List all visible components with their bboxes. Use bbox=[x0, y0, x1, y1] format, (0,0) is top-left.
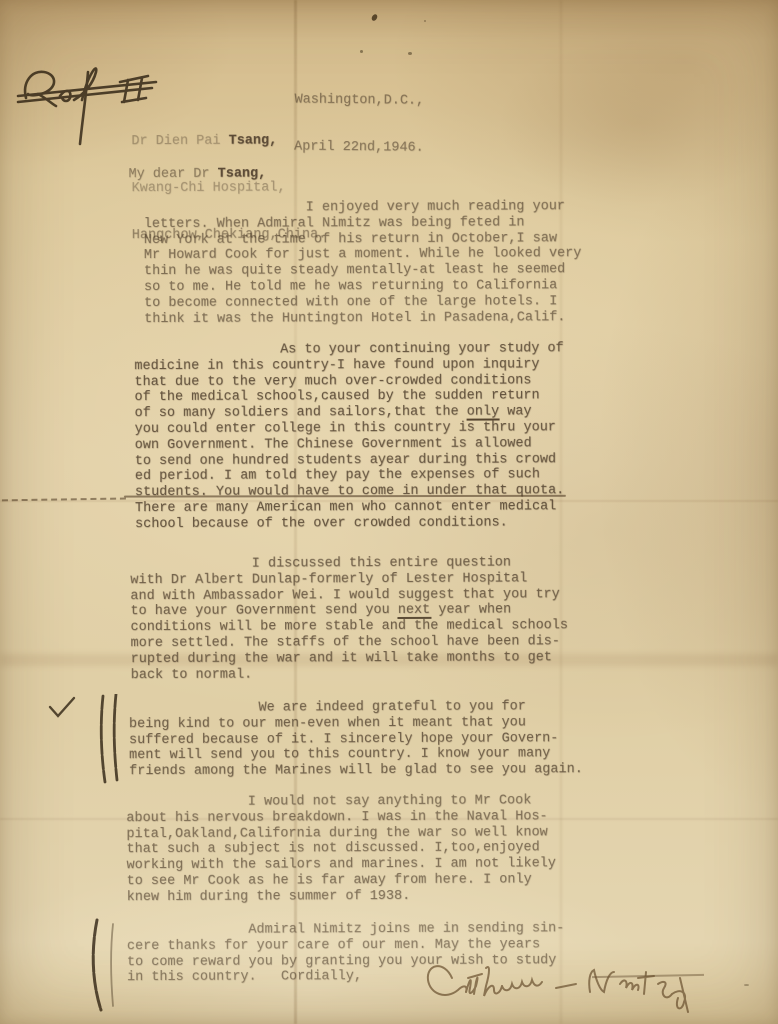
paragraph-4: We are indeed grateful to you for being … bbox=[129, 699, 583, 780]
paragraph-2: As to your continuing your study of medi… bbox=[134, 341, 564, 532]
recipient-name-line: Dr Dien Pai Tsang, bbox=[131, 133, 326, 150]
recipient-name-prefix: Dr Dien Pai bbox=[131, 133, 228, 148]
salutation-prefix: My dear Dr bbox=[128, 167, 217, 182]
paragraph-1: I enjoyed very much reading your letters… bbox=[144, 199, 582, 327]
salutation-surname: Tsang, bbox=[218, 167, 267, 182]
typed-letter-body: Washington,D.C., April 22nd,1946. Dr Die… bbox=[0, 0, 778, 1024]
recipient-surname: Tsang, bbox=[229, 133, 278, 148]
letter-page: Washington,D.C., April 22nd,1946. Dr Die… bbox=[0, 0, 778, 1024]
paragraph-5: I would not say anything to Mr Cook abou… bbox=[126, 793, 556, 905]
paragraph-6: Admiral Nimitz joins me in sending sin- … bbox=[127, 921, 565, 986]
paragraph-3: I discussed this entire question with Dr… bbox=[130, 555, 568, 683]
strike-line-margin-dashes bbox=[2, 497, 126, 501]
salutation: My dear Dr Tsang, bbox=[128, 167, 266, 183]
